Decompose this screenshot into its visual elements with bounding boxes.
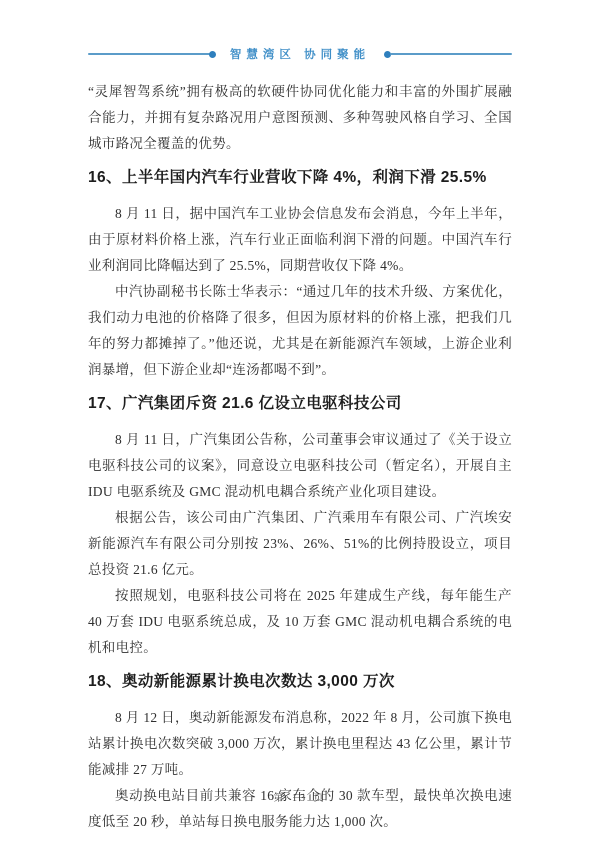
section-17: 17、广汽集团斥资 21.6 亿设立电驱科技公司 8 月 11 日，广汽集团公告… (88, 391, 512, 661)
page-number: 第 13 页 (0, 789, 600, 804)
section-16-paragraph-1: 8 月 11 日，据中国汽车工业协会信息发布会消息，今年上半年，由于原材料价格上… (88, 201, 512, 279)
document-body: “灵犀智驾系统”拥有极高的软硬件协同优化能力和丰富的外围扩展融合能力，并拥有复杂… (88, 79, 512, 835)
section-17-paragraph-1: 8 月 11 日，广汽集团公告称，公司董事会审议通过了《关于设立电驱科技公司的议… (88, 427, 512, 505)
header-dot-left-icon (209, 51, 216, 58)
section-18-heading: 18、奥动新能源累计换电次数达 3,000 万次 (88, 669, 512, 695)
section-17-heading: 17、广汽集团斥资 21.6 亿设立电驱科技公司 (88, 391, 512, 417)
section-16-heading: 16、上半年国内汽车行业营收下降 4%，利润下滑 25.5% (88, 165, 512, 191)
page-header: 智慧湾区 协同聚能 (88, 46, 512, 62)
header-title: 智慧湾区 协同聚能 (216, 46, 384, 62)
header-rule-left (88, 53, 210, 55)
section-16-paragraph-2: 中汽协副秘书长陈士华表示：“通过几年的技术升级、方案优化，我们动力电池的价格降了… (88, 279, 512, 383)
section-17-paragraph-3: 按照规划，电驱科技公司将在 2025 年建成生产线，每年能生产 40 万套 ID… (88, 583, 512, 661)
intro-paragraph: “灵犀智驾系统”拥有极高的软硬件协同优化能力和丰富的外围扩展融合能力，并拥有复杂… (88, 79, 512, 157)
section-18: 18、奥动新能源累计换电次数达 3,000 万次 8 月 12 日，奥动新能源发… (88, 669, 512, 835)
section-16: 16、上半年国内汽车行业营收下降 4%，利润下滑 25.5% 8 月 11 日，… (88, 165, 512, 383)
section-18-paragraph-1: 8 月 12 日，奥动新能源发布消息称，2022 年 8 月，公司旗下换电站累计… (88, 705, 512, 783)
section-17-paragraph-2: 根据公告，该公司由广汽集团、广汽乘用车有限公司、广汽埃安新能源汽车有限公司分别按… (88, 505, 512, 583)
header-rule-right (390, 53, 512, 55)
document-page: 智慧湾区 协同聚能 “灵犀智驾系统”拥有极高的软硬件协同优化能力和丰富的外围扩展… (0, 0, 600, 849)
